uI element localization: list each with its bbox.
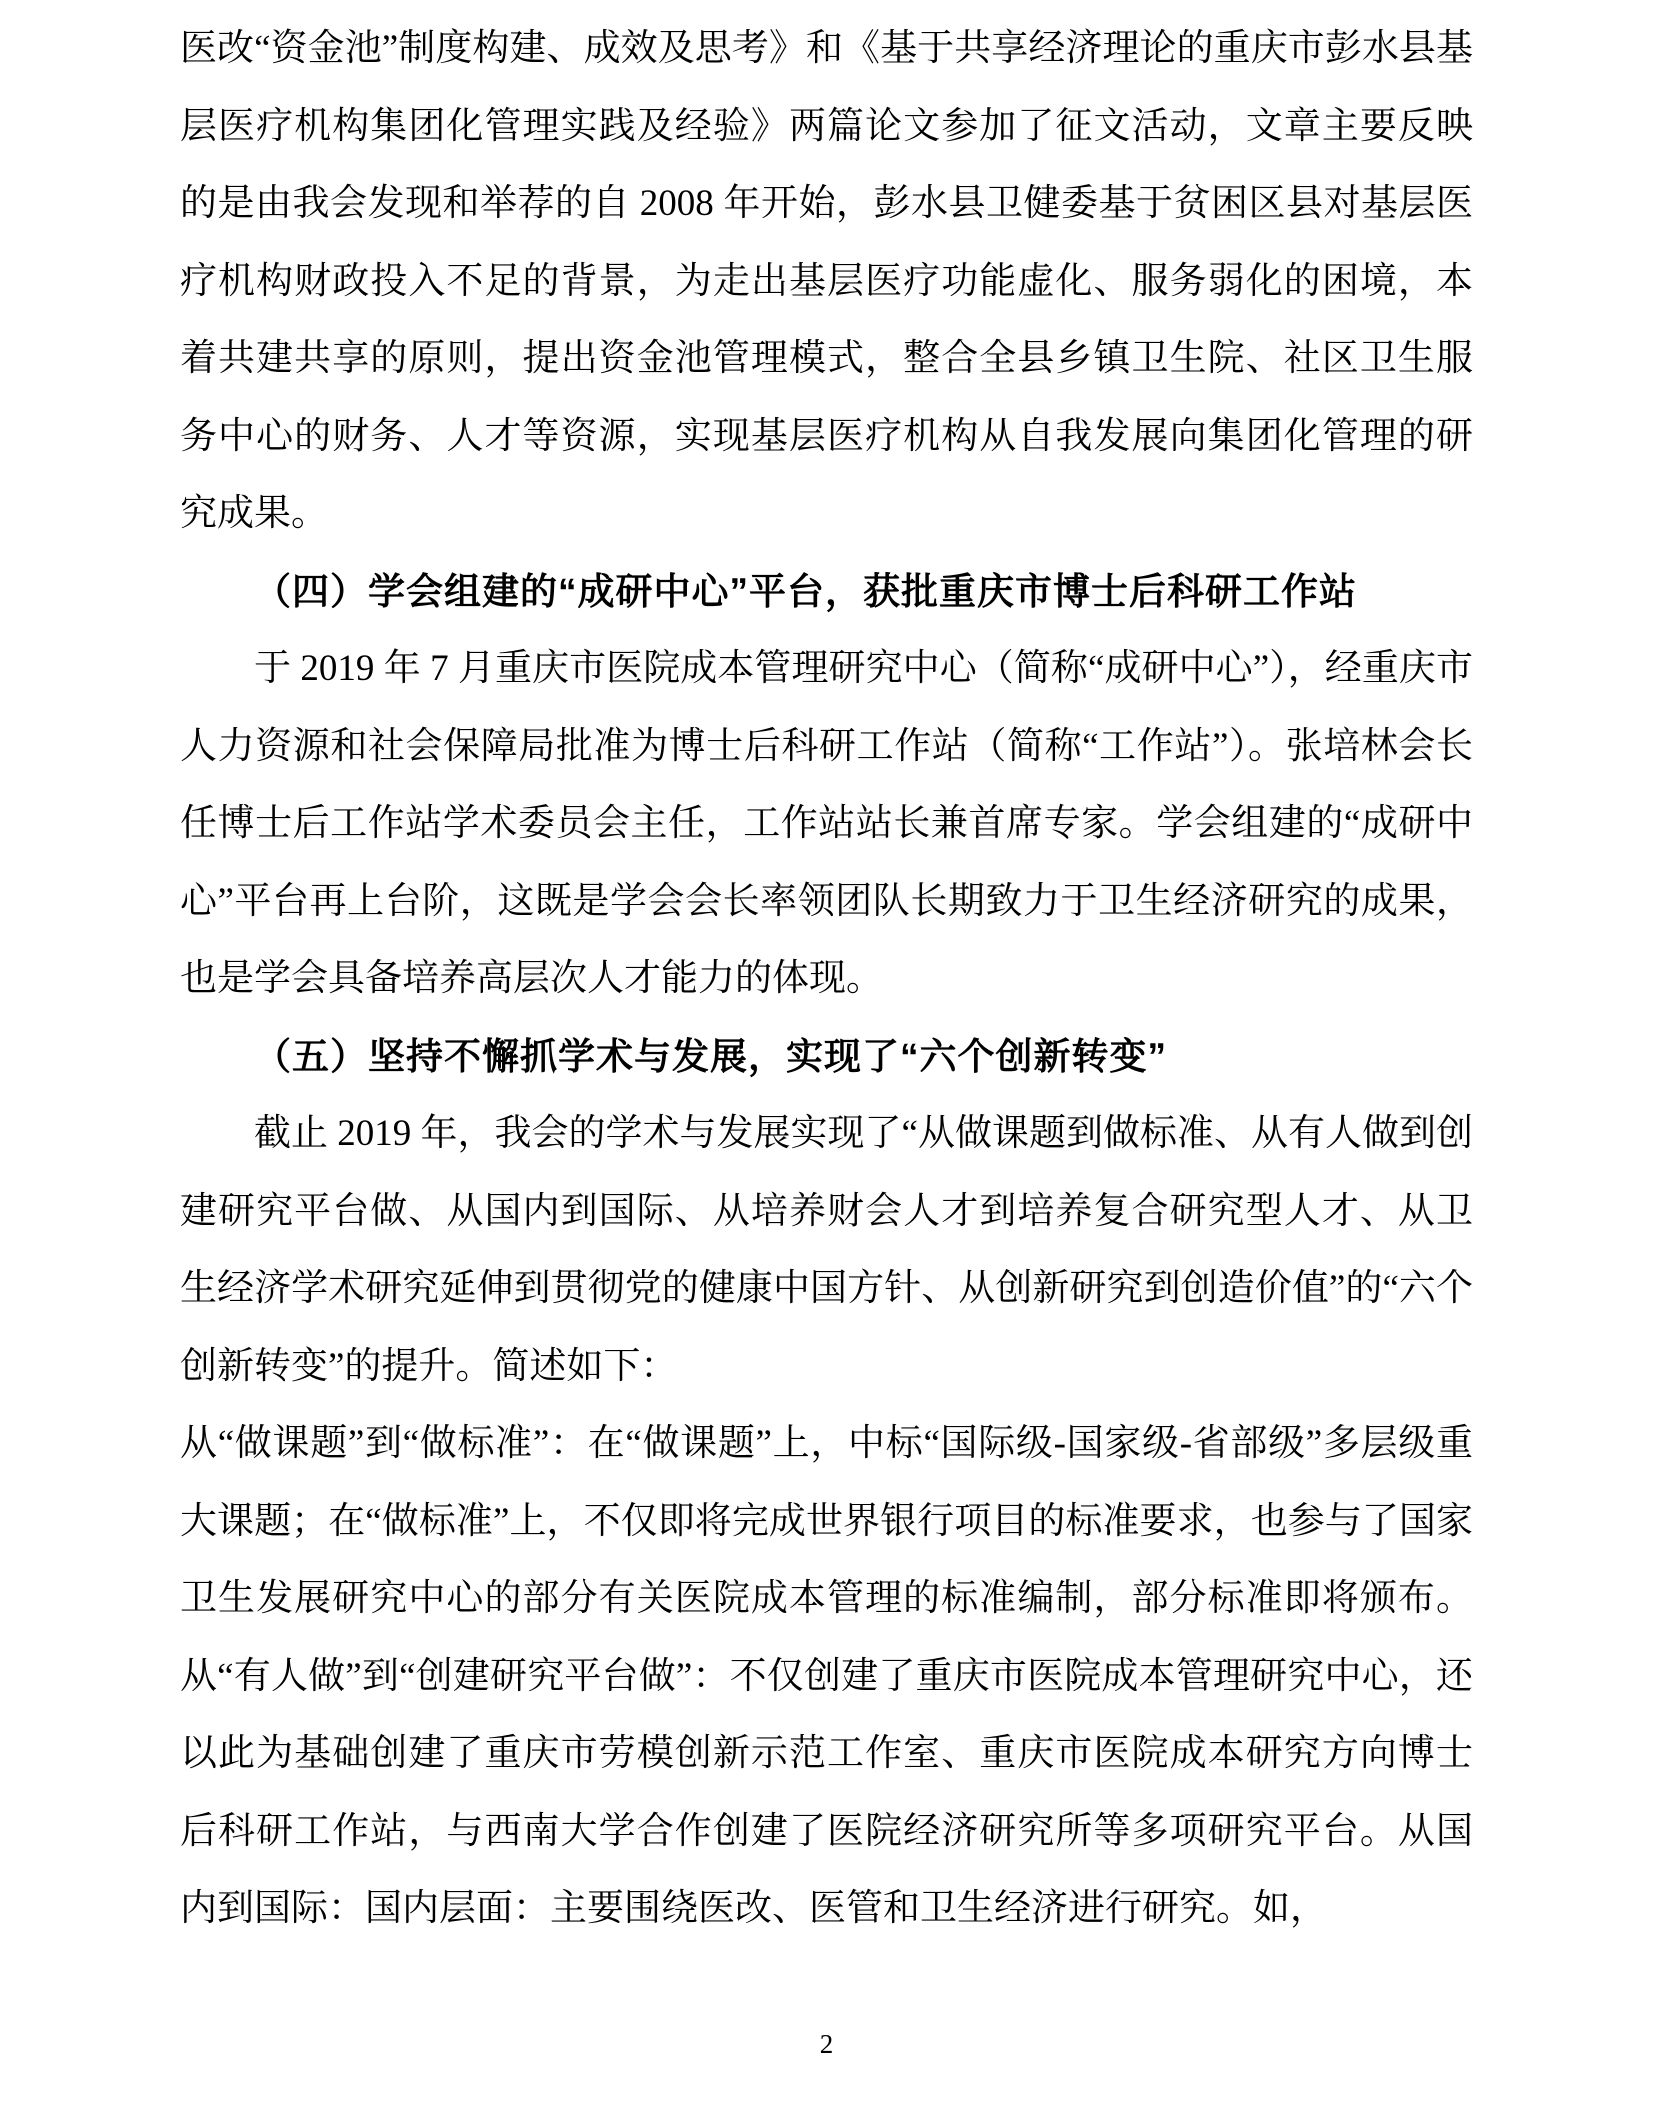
section-heading-5: （五）坚持不懈抓学术与发展，实现了“六个创新转变” [180,1018,1473,1096]
document-page: 医改“资金池”制度构建、成效及思考》和《基于共享经济理论的重庆市彭水县基层医疗机… [0,0,1653,2116]
paragraph: 从“做课题”到“做标准”：在“做课题”上，中标“国际级-国家级-省部级”多层级重… [180,1405,1473,1948]
page-number: 2 [0,2031,1653,2058]
paragraph: 于 2019 年 7 月重庆市医院成本管理研究中心（简称“成研中心”），经重庆市… [180,630,1473,1018]
paragraph-continued: 医改“资金池”制度构建、成效及思考》和《基于共享经济理论的重庆市彭水县基层医疗机… [180,10,1473,553]
paragraph: 截止 2019 年，我会的学术与发展实现了“从做课题到做标准、从有人做到创建研究… [180,1095,1473,1405]
section-heading-4: （四）学会组建的“成研中心”平台，获批重庆市博士后科研工作站 [180,553,1473,631]
